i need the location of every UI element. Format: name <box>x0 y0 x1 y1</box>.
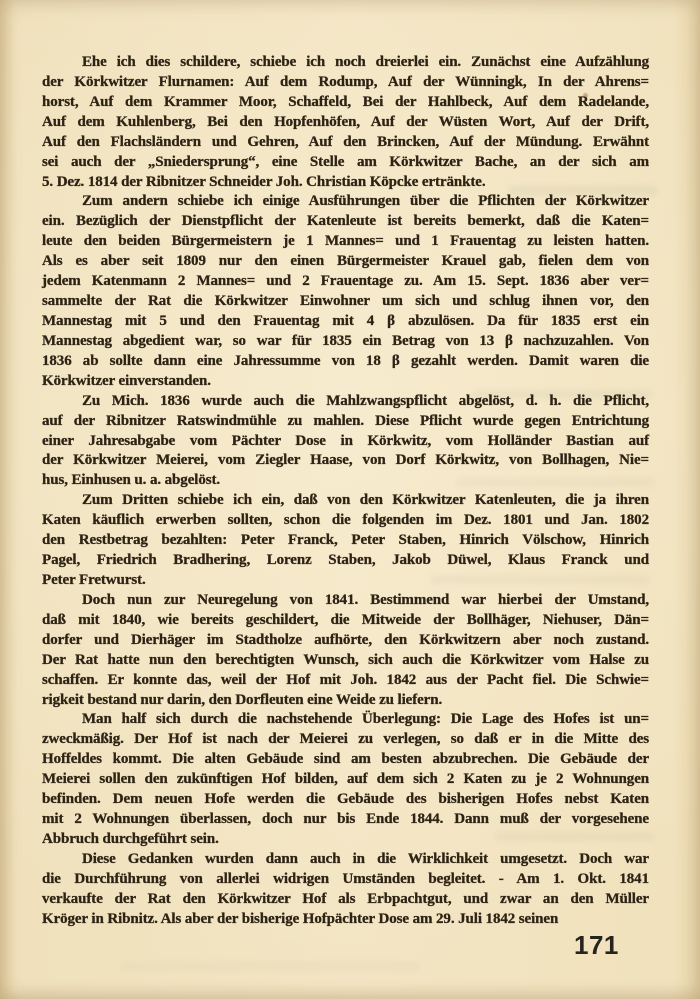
text-line: zweckmäßig. Der Hof ist nach der Meierei… <box>42 730 649 750</box>
text-line: Auf den Flachsländern und Gehren, Auf de… <box>42 133 649 153</box>
text-line: Als es aber seit 1809 nur den einen Bürg… <box>42 252 649 272</box>
text-line: hus, Einhusen u. a. abgelöst. <box>42 471 649 491</box>
text-line: leute den beiden Bürgermeistern je 1 Man… <box>42 232 649 252</box>
text-line: einer Jahresabgabe vom Pächter Dose in K… <box>42 432 649 452</box>
text-line: rigkeit bestand nur darin, den Dorfleute… <box>42 691 649 711</box>
text-line: Auf dem Kuhlenberg, Bei den Hopfenhöfen,… <box>42 113 649 133</box>
paragraph: Zu Mich. 1836 wurde auch die Mahlzwangsp… <box>42 392 649 492</box>
paragraph: Doch nun zur Neuregelung von 1841. Besti… <box>42 591 649 711</box>
text-line: jedem Katenmann 2 Mannes= und 2 Frauenta… <box>42 272 649 292</box>
text-line: Kröger in Ribnitz. Als aber der bisherig… <box>42 910 649 930</box>
text-line: Zu Mich. 1836 wurde auch die Mahlzwangsp… <box>42 392 649 412</box>
text-line: horst, Auf dem Krammer Moor, Schaffeld, … <box>42 93 649 113</box>
text-line: Hoffeldes kommt. Die alten Gebäude sind … <box>42 750 649 770</box>
text-line: Man half sich durch die nachstehende Übe… <box>42 710 649 730</box>
text-line: Mannestag mit 5 und den Frauentag mit 4 … <box>42 312 649 332</box>
text-line: Der Rat hatte nun den berechtigten Wunsc… <box>42 651 649 671</box>
text-line: Abbruch durchgeführt sein. <box>42 830 649 850</box>
text-line: Zum andern schiebe ich einige Ausführung… <box>42 192 649 212</box>
text-line: den Restbetrag bezahlten: Peter Franck, … <box>42 531 649 551</box>
paragraph: Diese Gedanken wurden dann auch in die W… <box>42 850 649 930</box>
text-line: mit 2 Wohnungen überlassen, doch nur bis… <box>42 810 649 830</box>
text-line: Diese Gedanken wurden dann auch in die W… <box>42 850 649 870</box>
text-line: schaffen. Er konnte das, weil der Hof mi… <box>42 671 649 691</box>
text-line: Ehe ich dies schildere, schiebe ich noch… <box>42 53 649 73</box>
text-line: Katen käuflich erwerben sollten, schon d… <box>42 511 649 531</box>
text-line: daß mit 1840, wie bereits geschildert, d… <box>42 611 649 631</box>
text-line: Zum Dritten schiebe ich ein, daß von den… <box>42 491 649 511</box>
text-line: Peter Fretwurst. <box>42 571 649 591</box>
text-line: Doch nun zur Neuregelung von 1841. Besti… <box>42 591 649 611</box>
bleed-through-smudge <box>120 962 420 971</box>
text-line: sei auch der „Sniedersprung“, eine Stell… <box>42 153 649 173</box>
text-line: verkaufte der Rat den Körkwitzer Hof als… <box>42 890 649 910</box>
body-text-block: Ehe ich dies schildere, schiebe ich noch… <box>42 53 649 930</box>
text-line: auf der Ribnitzer Ratswindmühle zu mahle… <box>42 412 649 432</box>
text-line: Meierei sollen den zukünftigen Hof bilde… <box>42 770 649 790</box>
text-line: befinden. Dem neuen Hofe werden die Gebä… <box>42 790 649 810</box>
text-line: ein. Bezüglich der Dienstpflicht der Kat… <box>42 212 649 232</box>
text-line: sammelte der Rat die Körkwitzer Einwohne… <box>42 292 649 312</box>
text-line: Mannestag abgedient war, so war für 1835… <box>42 332 649 352</box>
text-line: der Körkwitzer Meierei, vom Ziegler Haas… <box>42 451 649 471</box>
text-line: 5. Dez. 1814 der Ribnitzer Schneider Joh… <box>42 173 649 193</box>
text-line: dorfer und Dierhäger im Stadtholze aufhö… <box>42 631 649 651</box>
paragraph: Zum Dritten schiebe ich ein, daß von den… <box>42 491 649 591</box>
text-line: die Durchführung von allerlei widrigen U… <box>42 870 649 890</box>
text-line: Körkwitzer einverstanden. <box>42 372 649 392</box>
paragraph: Man half sich durch die nachstehende Übe… <box>42 710 649 849</box>
scanned-book-page: Ehe ich dies schildere, schiebe ich noch… <box>0 0 700 999</box>
text-line: 1836 ab sollte dann eine Jahressumme von… <box>42 352 649 372</box>
page-number: 171 <box>574 930 619 961</box>
text-line: Pagel, Friedrich Bradhering, Lorenz Stab… <box>42 551 649 571</box>
paragraph: Ehe ich dies schildere, schiebe ich noch… <box>42 53 649 192</box>
paragraph: Zum andern schiebe ich einige Ausführung… <box>42 192 649 391</box>
text-line: der Körkwitzer Flurnamen: Auf dem Rodump… <box>42 73 649 93</box>
